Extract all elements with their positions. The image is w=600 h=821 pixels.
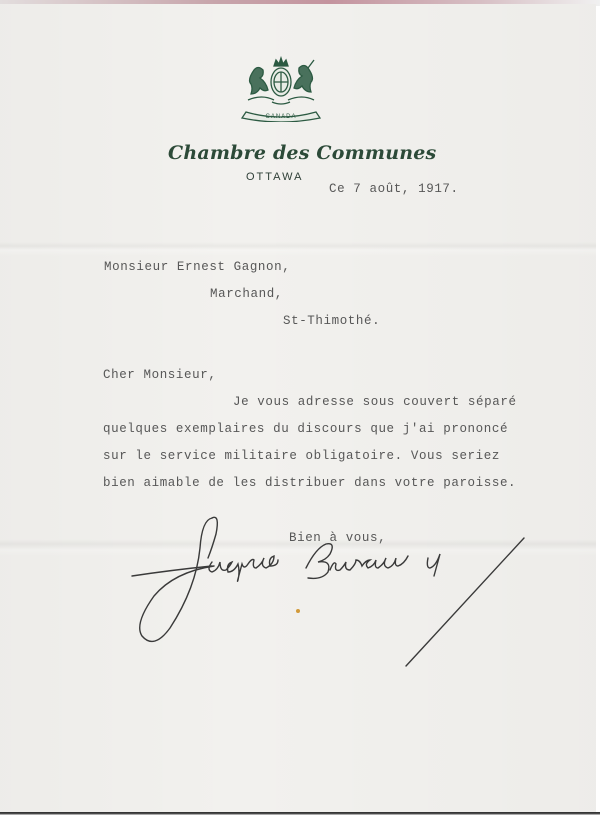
letter-date: Ce 7 août, 1917. — [329, 182, 459, 196]
institution-city: OTTAWA — [246, 171, 303, 183]
institution-name: Chambre des Communes — [168, 142, 436, 164]
svg-text:CANADA: CANADA — [265, 114, 296, 120]
body-line: Je vous adresse sous couvert séparé — [233, 395, 517, 409]
body-line: bien aimable de les distribuer dans votr… — [103, 476, 516, 490]
handwritten-signature — [128, 512, 528, 672]
recipient-name: Monsieur Ernest Gagnon, — [104, 260, 290, 274]
body-line: quelques exemplaires du discours que j'a… — [103, 422, 508, 436]
paper-bottom-edge — [0, 812, 600, 821]
recipient-place: St-Thimothé. — [283, 314, 380, 328]
recipient-occupation: Marchand, — [210, 287, 283, 301]
body-line: sur le service militaire obligatoire. Vo… — [103, 449, 500, 463]
royal-coat-of-arms-icon: CANADA — [238, 56, 324, 122]
letter-sheet: CANADA Chambre des Communes OTTAWA Ce 7 … — [0, 4, 596, 815]
salutation: Cher Monsieur, — [103, 368, 216, 382]
ink-stain — [296, 609, 300, 613]
